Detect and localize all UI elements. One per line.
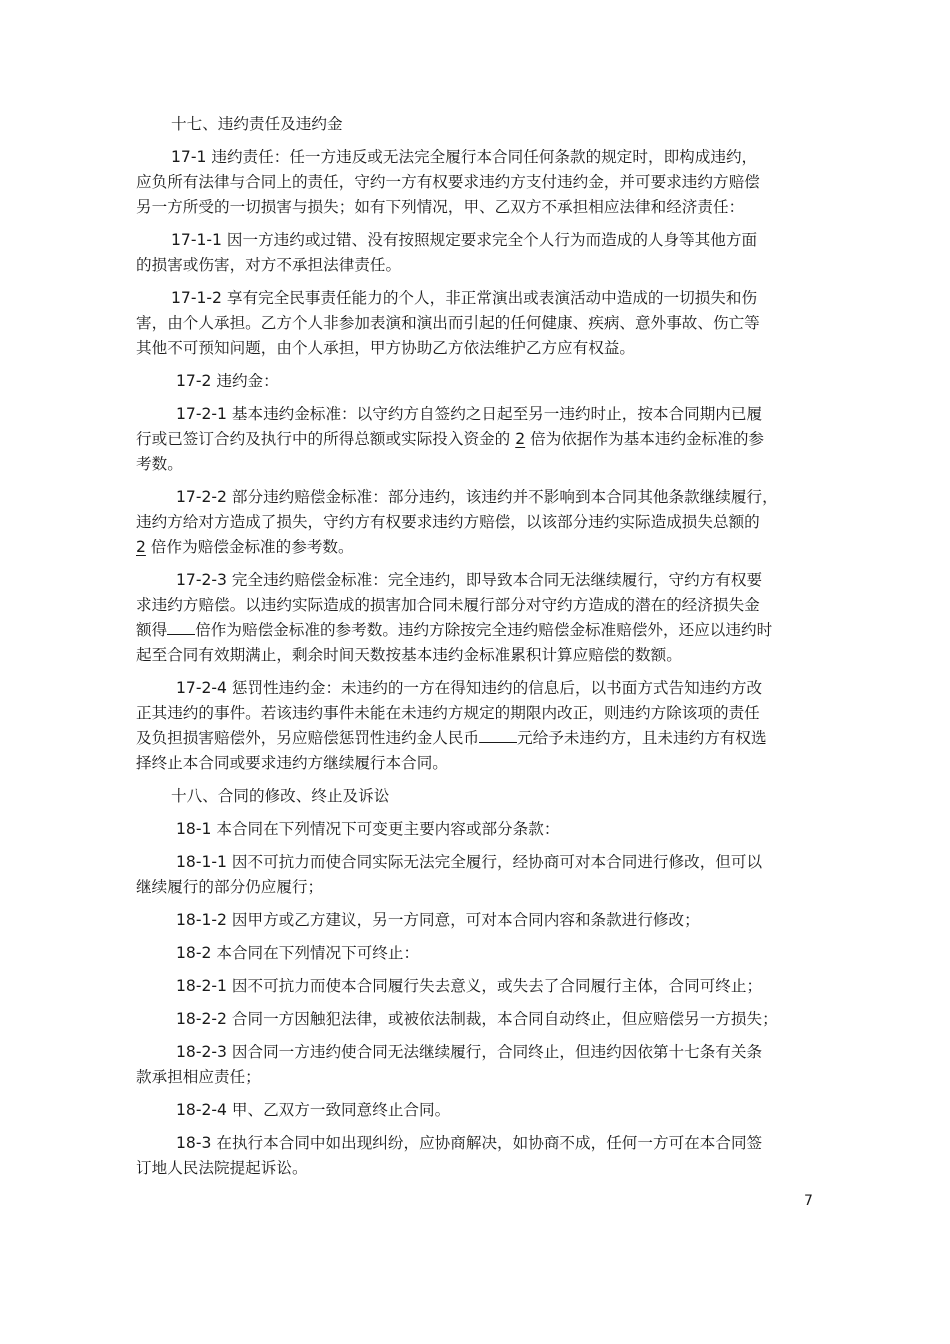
clause-line: 起至合同有效期满止，剩余时间天数按基本违约金标准累积计算应赔偿的数额。 [136, 643, 826, 668]
clause-17-1-1: 17-1-1 因一方违约或过错、没有按照规定要求完全个人行为而造成的人身等其他方… [136, 228, 826, 278]
clause-text: 倍作为赔偿金标准的参考数。违约方除按完全违约赔偿金标准赔偿外，还应以违约时 [195, 621, 772, 639]
clause-line: 18-1-1 因不可抗力而使合同实际无法完全履行，经协商可对本合同进行修改，但可… [136, 850, 826, 875]
clause-17-2: 17-2 违约金： [136, 369, 826, 394]
clause-17-2-2: 17-2-2 部分违约赔偿金标准：部分违约，该违约并不影响到本合同其他条款继续履… [136, 485, 826, 560]
clause-text: 元给予未违约方，且未违约方有权选 [517, 729, 767, 747]
clause-line: 考数。 [136, 452, 826, 477]
clause-17-2-1: 17-2-1 基本违约金标准：以守约方自签约之日起至另一违约时止，按本合同期内已… [136, 402, 826, 477]
clause-18-3: 18-3 在执行本合同中如出现纠纷，应协商解决，如协商不成，任何一方可在本合同签… [136, 1131, 826, 1181]
clause-line: 17-2-2 部分违约赔偿金标准：部分违约，该违约并不影响到本合同其他条款继续履… [136, 485, 826, 510]
clause-18-2-1: 18-2-1 因不可抗力而使本合同履行失去意义，或失去了合同履行主体，合同可终止… [136, 974, 826, 999]
document-page: 十七、违约责任及违约金 17-1 违约责任：任一方违反或无法完全履行本合同任何条… [0, 0, 950, 1344]
clause-line: 18-2 本合同在下列情况下可终止： [136, 941, 826, 966]
clause-line: 18-2-3 因合同一方违约使合同无法继续履行，合同终止，但违约因依第十七条有关… [136, 1040, 826, 1065]
clause-text: 倍作为赔偿金标准的参考数。 [146, 538, 354, 556]
clause-line: 款承担相应责任； [136, 1065, 826, 1090]
fill-in-blank-multiplier[interactable] [167, 620, 195, 635]
clause-line: 2 倍作为赔偿金标准的参考数。 [136, 535, 826, 560]
clause-line: 18-2-2 合同一方因触犯法律，或被依法制裁，本合同自动终止，但应赔偿另一方损… [136, 1007, 826, 1032]
clause-17-1-2: 17-1-2 享有完全民事责任能力的个人，非正常演出或表演活动中造成的一切损失和… [136, 286, 826, 361]
clause-line: 17-2-3 完全违约赔偿金标准：完全违约，即导致本合同无法继续履行，守约方有权… [136, 568, 826, 593]
clause-line: 正其违约的事件。若该违约事件未能在未违约方规定的期限内改正，则违约方除该项的责任 [136, 701, 826, 726]
clause-18-1-1: 18-1-1 因不可抗力而使合同实际无法完全履行，经协商可对本合同进行修改，但可… [136, 850, 826, 900]
clause-text: 额得 [136, 621, 167, 639]
clause-17-2-3: 17-2-3 完全违约赔偿金标准：完全违约，即导致本合同无法继续履行，守约方有权… [136, 568, 826, 668]
clause-line: 应负所有法律与合同上的责任，守约一方有权要求违约方支付违约金，并可要求违约方赔偿 [136, 170, 826, 195]
clause-line: 的损害或伤害，对方不承担法律责任。 [136, 253, 826, 278]
clause-18-1: 18-1 本合同在下列情况下可变更主要内容或部分条款： [136, 817, 826, 842]
clause-line: 18-1-2 因甲方或乙方建议，另一方同意，可对本合同内容和条款进行修改； [136, 908, 826, 933]
clause-17-2-4: 17-2-4 惩罚性违约金：未违约的一方在得知违约的信息后，以书面方式告知违约方… [136, 676, 826, 776]
clause-line: 违约方给对方造成了损失，守约方有权要求违约方赔偿，以该部分违约实际造成损失总额的 [136, 510, 826, 535]
clause-line: 17-2 违约金： [136, 369, 826, 394]
clause-line: 及负担损害赔偿外，另应赔偿惩罚性违约金人民币元给予未违约方，且未违约方有权选 [136, 726, 826, 751]
clause-line: 额得倍作为赔偿金标准的参考数。违约方除按完全违约赔偿金标准赔偿外，还应以违约时 [136, 618, 826, 643]
clause-line: 害，由个人承担。乙方个人非参加表演和演出而引起的任何健康、疾病、意外事故、伤亡等 [136, 311, 826, 336]
clause-line: 择终止本合同或要求违约方继续履行本合同。 [136, 751, 826, 776]
clause-line: 其他不可预知问题，由个人承担，甲方协助乙方依法维护乙方应有权益。 [136, 336, 826, 361]
clause-line: 订地人民法院提起诉讼。 [136, 1156, 826, 1181]
clause-18-2-3: 18-2-3 因合同一方违约使合同无法继续履行，合同终止，但违约因依第十七条有关… [136, 1040, 826, 1090]
page-number: 7 [804, 1191, 813, 1211]
clause-18-2: 18-2 本合同在下列情况下可终止： [136, 941, 826, 966]
clause-text: 及负担损害赔偿外，另应赔偿惩罚性违约金人民币 [136, 729, 479, 747]
clause-line: 17-1-1 因一方违约或过错、没有按照规定要求完全个人行为而造成的人身等其他方… [136, 228, 826, 253]
multiplier-value: 2 [515, 430, 525, 448]
multiplier-value: 2 [136, 538, 146, 556]
clause-text: 倍为依据作为基本违约金标准的参 [525, 430, 764, 448]
clause-line: 18-2-1 因不可抗力而使本合同履行失去意义，或失去了合同履行主体，合同可终止… [136, 974, 826, 999]
clause-line: 求违约方赔偿。以违约实际造成的损害加合同未履行部分对守约方造成的潜在的经济损失金 [136, 593, 826, 618]
clause-line: 另一方所受的一切损害与损失；如有下列情况，甲、乙双方不承担相应法律和经济责任： [136, 195, 826, 220]
clause-line: 17-2-1 基本违约金标准：以守约方自签约之日起至另一违约时止，按本合同期内已… [136, 402, 826, 427]
clause-line: 18-3 在执行本合同中如出现纠纷，应协商解决，如协商不成，任何一方可在本合同签 [136, 1131, 826, 1156]
fill-in-blank-amount[interactable] [479, 728, 517, 743]
clause-line: 行或已签订合约及执行中的所得总额或实际投入资金的 2 倍为依据作为基本违约金标准… [136, 427, 826, 452]
clause-line: 17-1-2 享有完全民事责任能力的个人，非正常演出或表演活动中造成的一切损失和… [136, 286, 826, 311]
clause-line: 18-2-4 甲、乙双方一致同意终止合同。 [136, 1098, 826, 1123]
clause-text: 行或已签订合约及执行中的所得总额或实际投入资金的 [136, 430, 515, 448]
clause-17-1: 17-1 违约责任：任一方违反或无法完全履行本合同任何条款的规定时，即构成违约，… [136, 145, 826, 220]
clause-line: 17-2-4 惩罚性违约金：未违约的一方在得知违约的信息后，以书面方式告知违约方… [136, 676, 826, 701]
clause-line: 17-1 违约责任：任一方违反或无法完全履行本合同任何条款的规定时，即构成违约， [136, 145, 826, 170]
page-content: 十七、违约责任及违约金 17-1 违约责任：任一方违反或无法完全履行本合同任何条… [136, 112, 826, 1189]
clause-18-1-2: 18-1-2 因甲方或乙方建议，另一方同意，可对本合同内容和条款进行修改； [136, 908, 826, 933]
clause-18-2-2: 18-2-2 合同一方因触犯法律，或被依法制裁，本合同自动终止，但应赔偿另一方损… [136, 1007, 826, 1032]
heading-text: 十七、违约责任及违约金 [136, 112, 826, 137]
section-heading-17: 十七、违约责任及违约金 [136, 112, 826, 137]
clause-18-2-4: 18-2-4 甲、乙双方一致同意终止合同。 [136, 1098, 826, 1123]
heading-text: 十八、合同的修改、终止及诉讼 [136, 784, 826, 809]
clause-line: 18-1 本合同在下列情况下可变更主要内容或部分条款： [136, 817, 826, 842]
section-heading-18: 十八、合同的修改、终止及诉讼 [136, 784, 826, 809]
clause-line: 继续履行的部分仍应履行； [136, 875, 826, 900]
